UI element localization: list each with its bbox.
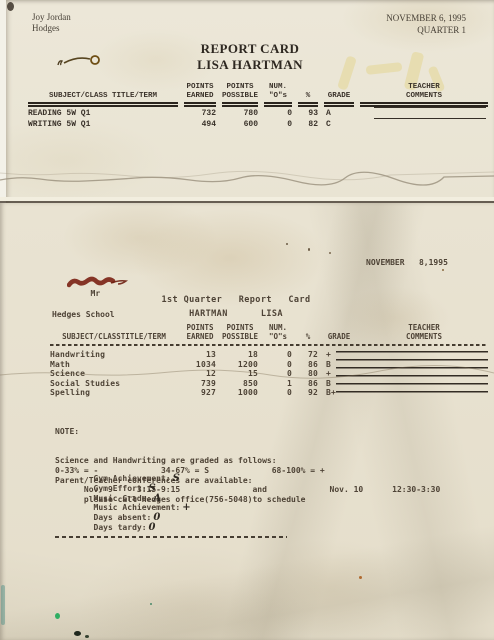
ink-speck [359,576,362,579]
percent-cell: 86 [298,379,318,389]
report-date: NOVEMBER 6, 1995 [386,12,466,24]
subject-cell: WRITING 5W Q1 [28,120,178,130]
grade-cell: A [324,109,354,119]
report-title-bottom: 1st Quarter Report Card [0,295,472,305]
col-percent: % [298,323,318,341]
points-possible-cell: 600 [222,120,258,130]
name-redaction-scribble [67,276,129,290]
teal-ink-smear [1,585,5,625]
points-earned-cell: 1034 [184,360,216,370]
extra-grades-list: Gym Achievement:S Gym Effort:S Music Gra… [55,465,191,524]
col-subject: SUBJECT/CLASS TITLE/TERM [28,83,178,107]
col-teacher-comments: TEACHERCOMMENTS [360,83,488,107]
subject-cell: Handwriting [50,350,178,360]
comment-blank-line [374,107,486,108]
col-grade: GRADE [324,83,354,107]
ink-speck [286,243,288,245]
ink-speck [442,269,444,271]
bottom-separator-dashed [55,536,287,538]
report-quarter: QUARTER 1 [386,24,466,36]
extra-grade-label: Music Grade: [94,494,152,503]
points-earned-cell: 739 [184,379,216,389]
note-label: NOTE: [55,427,440,437]
ink-speck [329,252,331,254]
comment-blank-line [374,118,486,119]
num-os-cell: 0 [264,360,292,370]
grades-table-top: SUBJECT/CLASS TITLE/TERM POINTSEARNED PO… [28,83,488,130]
extra-grade-label: Gym Effort: [94,484,147,493]
col-grade: GRADE [324,323,354,341]
col-subject: SUBJECT/CLASSTITLE/TERM [50,323,178,341]
sender-school: Hodges [32,23,71,34]
extra-grade-row: Gym Achievement:S [55,465,191,475]
table-header-row: SUBJECT/CLASS TITLE/TERM POINTSEARNED PO… [28,83,488,107]
subject-cell: Social Studies [50,379,178,389]
scan-corner-mark [7,2,14,11]
report-card-title: REPORT CARD [6,41,494,56]
extra-grade-handwritten-value: 0 [149,522,156,533]
comment-blank-lines [336,351,488,398]
points-earned-cell: 12 [184,369,216,379]
ink-speck [74,631,81,636]
report-date-bottom: NOVEMBER 8,1995 [366,258,448,267]
table-body: READING 5W Q1 732 780 0 93 A WRITING 5W … [28,109,488,130]
num-os-cell: 0 [264,369,292,379]
points-earned-cell: 13 [184,350,216,360]
points-possible-cell: 850 [222,379,258,389]
points-possible-cell: 18 [222,350,258,360]
green-ink-speck [55,613,60,619]
col-points-possible: POINTSPOSSIBLE [222,83,258,107]
col-teacher-comments: TEACHERCOMMENTS [360,323,488,341]
addressee-name-line: Mr [52,278,115,289]
sender-name: Joy Jordan [32,12,71,23]
num-os-cell: 1 [264,379,292,389]
points-possible-cell: 1000 [222,388,258,398]
percent-cell: 93 [298,109,318,119]
ink-speck [85,635,89,638]
report-card-top-sheet: Joy Jordan Hodges NOVEMBER 6, 1995 QUART… [6,0,494,203]
percent-cell: 92 [298,388,318,398]
percent-cell: 86 [298,360,318,370]
percent-cell: 80 [298,369,318,379]
col-num-os: NUM."O"s [264,323,292,341]
col-points-earned: POINTSEARNED [184,83,216,107]
sender-block: Joy Jordan Hodges [32,12,71,34]
num-os-cell: 0 [264,120,292,130]
header-separator-dashed [50,344,488,346]
points-earned-cell: 927 [184,388,216,398]
col-points-earned: POINTSEARNED [184,323,216,341]
grade-cell: C [324,120,354,130]
scanned-report-card-page: Joy Jordan Hodges NOVEMBER 6, 1995 QUART… [0,0,494,640]
col-num-os: NUM."O"s [264,83,292,107]
col-percent: % [298,83,318,107]
subject-cell: Science [50,369,178,379]
points-possible-cell: 1200 [222,360,258,370]
student-name: LISA HARTMAN [6,57,494,72]
num-os-cell: 0 [264,109,292,119]
percent-cell: 82 [298,120,318,130]
extra-grade-label: Days absent: [94,513,152,522]
points-earned-cell: 494 [184,120,216,130]
subject-cell: Math [50,360,178,370]
extra-grade-handwritten-value: S [173,473,180,484]
points-earned-cell: 732 [184,109,216,119]
subject-cell: READING 5W Q1 [28,109,178,119]
col-points-possible: POINTSPOSSIBLE [222,323,258,341]
extra-grade-handwritten-value: A [153,493,161,504]
points-possible-cell: 780 [222,109,258,119]
subject-cell: Spelling [50,388,178,398]
report-card-bottom-sheet: Mr Hedges School NOVEMBER 8,1995 1st Qua… [0,203,494,640]
ink-speck [150,603,152,605]
table-header-row: SUBJECT/CLASSTITLE/TERM POINTSEARNED POI… [50,323,488,341]
table-row: WRITING 5W Q1 494 600 0 82 C [28,120,488,131]
extra-grade-label: Gym Achievement: [94,474,171,483]
student-name-bottom: HARTMAN LISA [0,309,472,319]
grades-table-bottom: SUBJECT/CLASSTITLE/TERM POINTSEARNED POI… [50,323,488,398]
points-possible-cell: 15 [222,369,258,379]
extra-grade-label: Days tardy: [94,523,147,532]
date-block: NOVEMBER 6, 1995 QUARTER 1 [386,12,466,36]
percent-cell: 72 [298,350,318,360]
ink-speck [308,248,310,251]
extra-grade-handwritten-value: + [182,502,190,513]
extra-grade-label: Music Achievement: [94,503,181,512]
num-os-cell: 0 [264,388,292,398]
num-os-cell: 0 [264,350,292,360]
